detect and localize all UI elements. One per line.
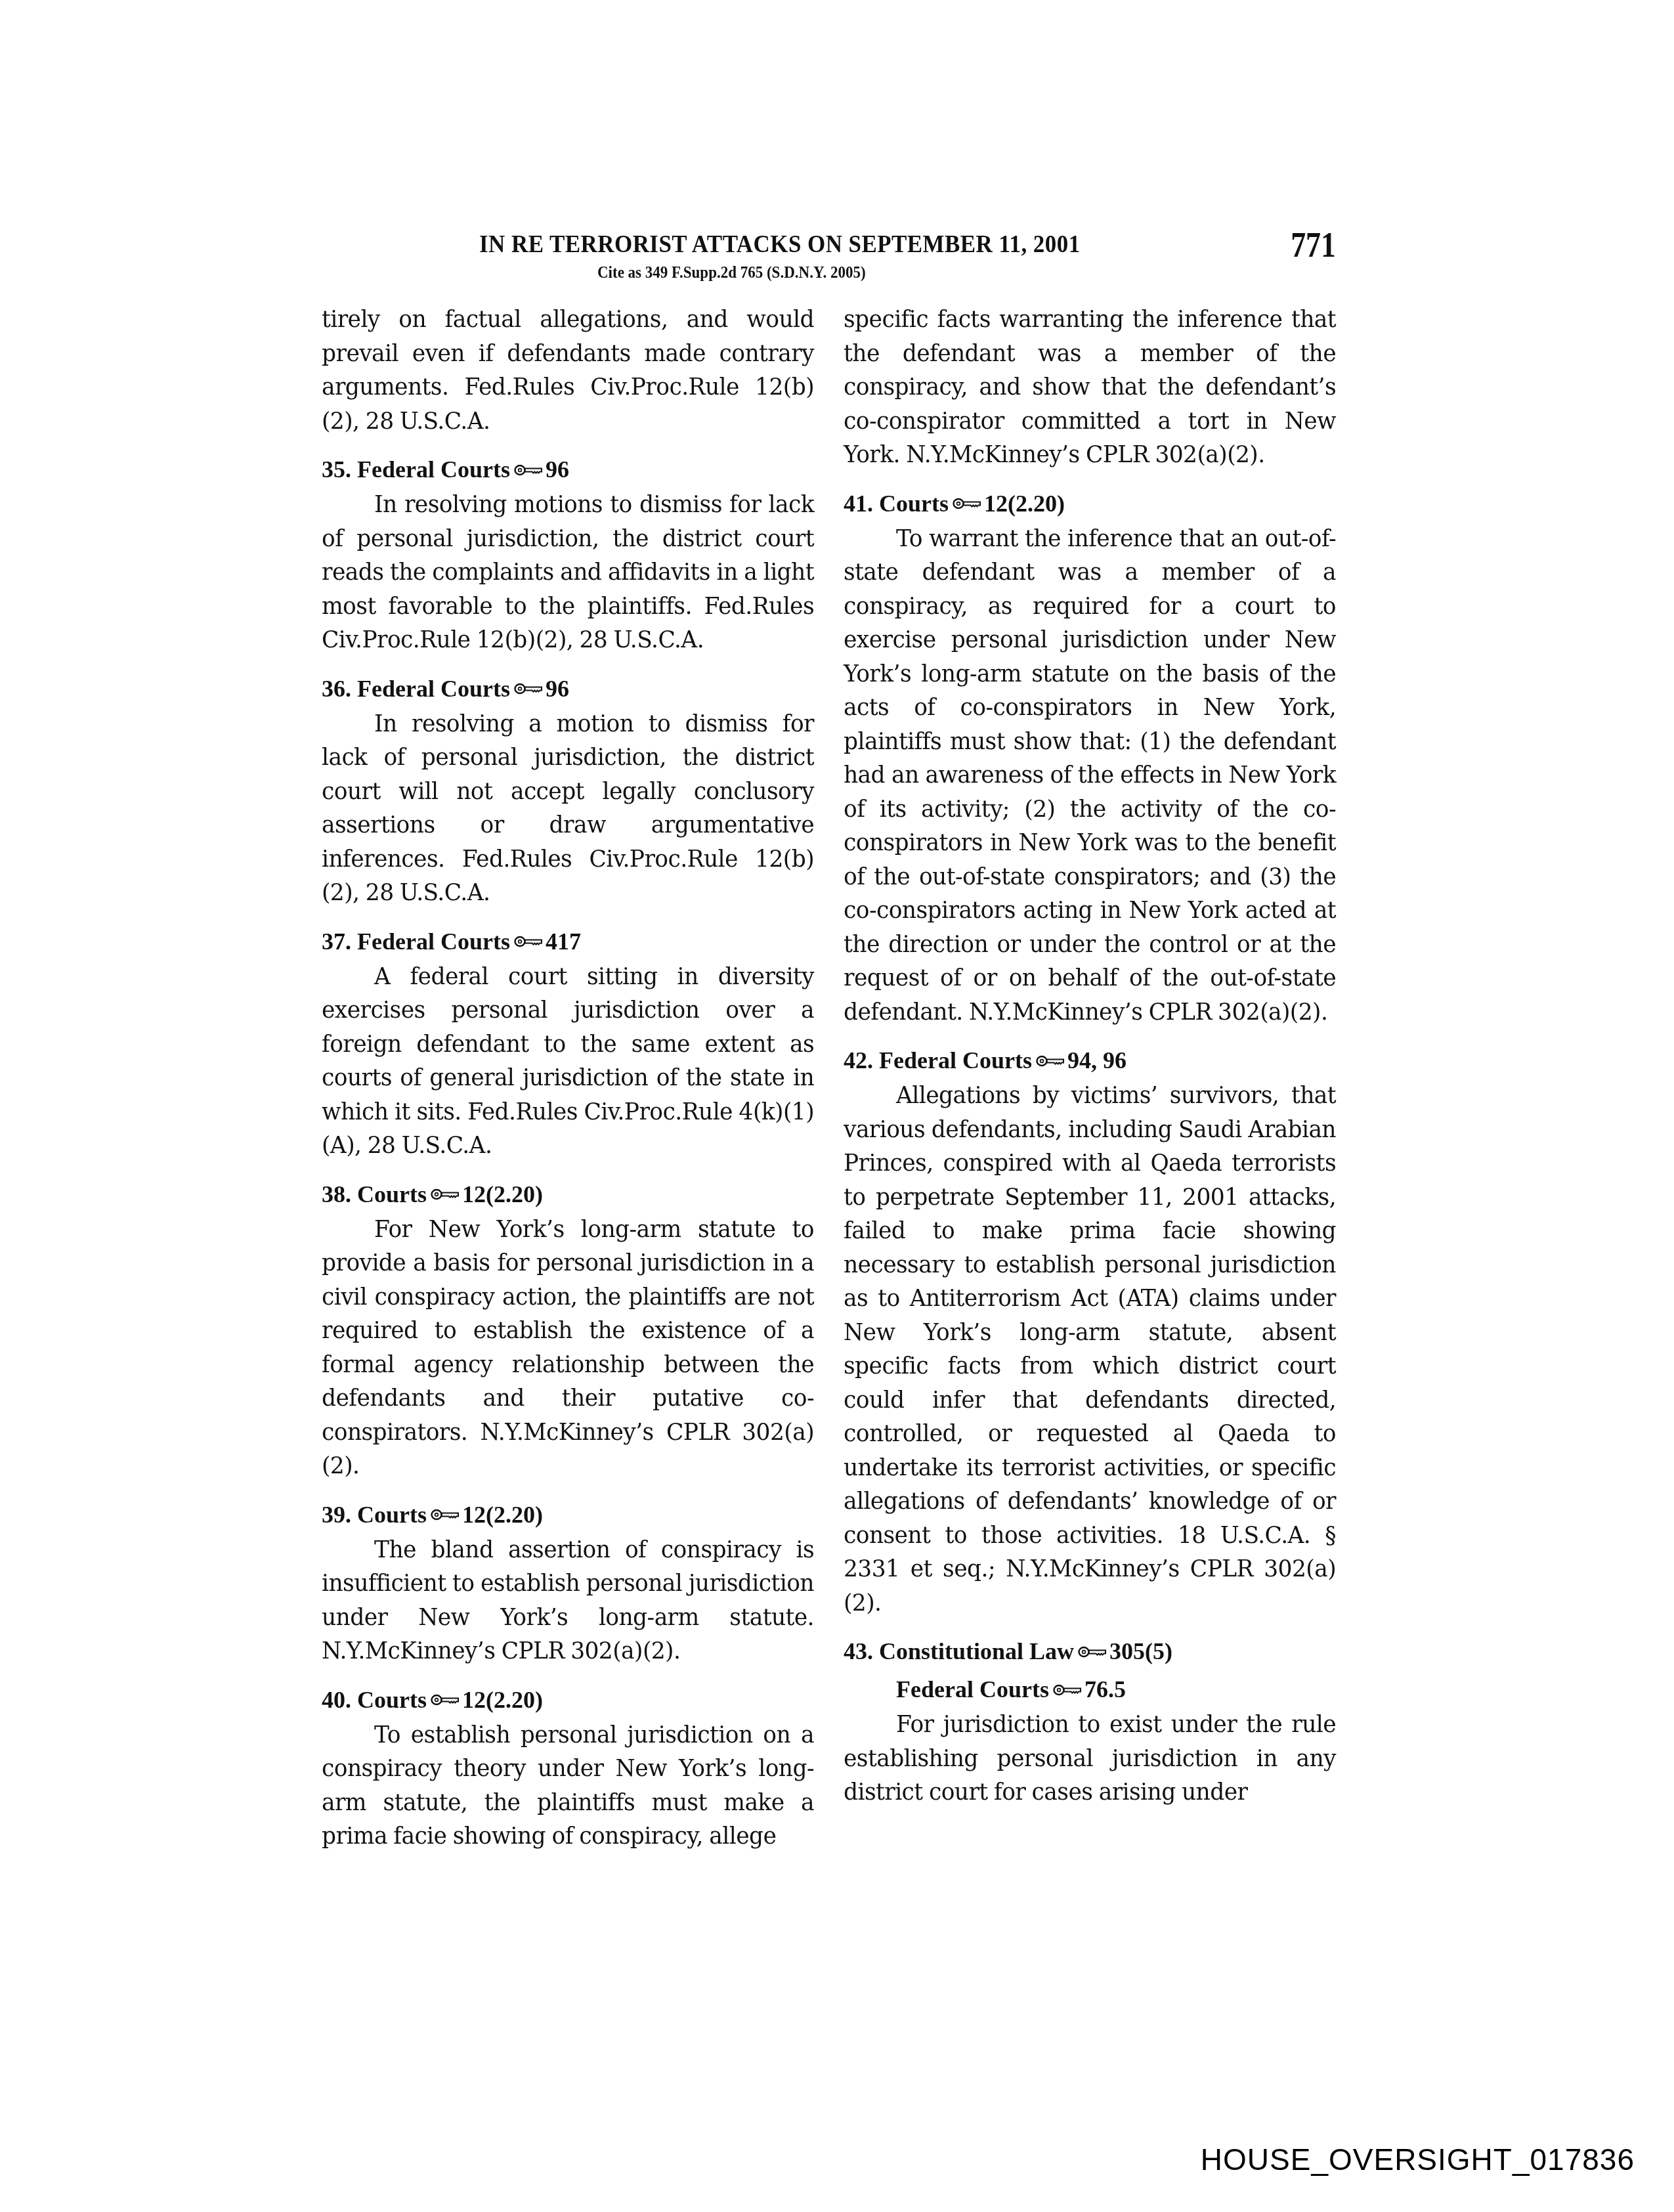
headnote-text: In resolving a motion to dismiss for lac… [322, 708, 814, 911]
headnote-36: 36. Federal Courts96 In resolving a moti… [322, 670, 814, 911]
headnote-heading: 35. Federal Courts96 [322, 450, 814, 488]
headnote-topic: Constitutional Law [879, 1638, 1074, 1664]
key-number: 12(2.20) [984, 490, 1065, 517]
headnote-topic: Courts [357, 1181, 427, 1207]
headnote-text: For jurisdiction to exist under the rule… [844, 1708, 1336, 1810]
key-number: 12(2.20) [462, 1502, 543, 1528]
headnote-39: 39. Courts12(2.20) The bland assertion o… [322, 1496, 814, 1669]
headnote-topic: Federal Courts [357, 676, 510, 702]
headnote-heading: 37. Federal Courts417 [322, 922, 814, 961]
headnote-topic: Federal Courts [879, 1047, 1032, 1073]
key-number-icon [431, 1508, 460, 1521]
headnote-heading: 40. Courts12(2.20) [322, 1681, 814, 1719]
headnote-heading: 42. Federal Courts94, 96 [844, 1041, 1336, 1079]
headnote-number: 42. [844, 1047, 873, 1073]
headnote-number: 39. [322, 1502, 351, 1528]
running-head: IN RE TERRORIST ATTACKS ON SEPTEMBER 11,… [322, 225, 1336, 297]
headnote-text: To warrant the inference that an out-of-… [844, 523, 1336, 1030]
headnote-40: 40. Courts12(2.20) To establish personal… [322, 1681, 814, 1854]
key-number-icon [514, 682, 543, 695]
headnote-text: To establish personal jurisdiction on a … [322, 1719, 814, 1854]
headnote-secondary-heading: Federal Courts76.5 [844, 1670, 1336, 1708]
key-number: 305(5) [1109, 1638, 1172, 1664]
headnote-number: 40. [322, 1687, 351, 1713]
document-page: IN RE TERRORIST ATTACKS ON SEPTEMBER 11,… [0, 0, 1674, 2212]
headnote-37: 37. Federal Courts417 A federal court si… [322, 922, 814, 1163]
key-number: 417 [546, 928, 581, 955]
headnote-topic: Federal Courts [896, 1676, 1049, 1702]
key-number-icon [431, 1188, 460, 1201]
right-column: specific facts warranting the inference … [844, 303, 1336, 1810]
key-number: 94, 96 [1067, 1047, 1127, 1073]
left-column: tirely on factual allegations, and would… [322, 303, 814, 1854]
key-number: 12(2.20) [462, 1687, 543, 1713]
headnote-topic: Courts [879, 490, 949, 517]
headnote-number: 43. [844, 1638, 873, 1664]
headnote-35: 35. Federal Courts96 In resolving motion… [322, 450, 814, 658]
key-number-icon [431, 1693, 460, 1706]
key-number: 96 [546, 456, 569, 483]
headnote-41: 41. Courts12(2.20) To warrant the infere… [844, 485, 1336, 1030]
key-number-icon [1036, 1054, 1065, 1068]
headnote-topic: Courts [357, 1502, 427, 1528]
key-number-icon [514, 464, 543, 477]
bates-stamp: HOUSE_OVERSIGHT_017836 [1201, 2142, 1635, 2177]
headnote-topic: Federal Courts [357, 928, 510, 955]
continuation-text: specific facts warranting the inference … [844, 303, 1336, 473]
key-number-icon [1078, 1645, 1107, 1659]
headnote-38: 38. Courts12(2.20) For New York’s long-a… [322, 1175, 814, 1484]
headnote-number: 35. [322, 456, 351, 483]
headnote-heading: 41. Courts12(2.20) [844, 485, 1336, 523]
case-citation: Cite as 349 F.Supp.2d 765 (S.D.N.Y. 2005… [597, 264, 866, 282]
key-number: 96 [546, 676, 569, 702]
page-number: 771 [1291, 225, 1336, 265]
headnote-text: The bland assertion of conspiracy is ins… [322, 1534, 814, 1669]
key-number-icon [514, 935, 543, 948]
headnote-43: 43. Constitutional Law305(5) Federal Cou… [844, 1632, 1336, 1810]
headnote-text: For New York’s long-arm statute to provi… [322, 1213, 814, 1484]
headnote-number: 38. [322, 1181, 351, 1207]
case-title: IN RE TERRORIST ATTACKS ON SEPTEMBER 11,… [479, 230, 1081, 259]
headnote-heading: 36. Federal Courts96 [322, 670, 814, 708]
headnote-number: 36. [322, 676, 351, 702]
continuation-text: tirely on factual allegations, and would… [322, 303, 814, 439]
headnote-42: 42. Federal Courts94, 96 Allegations by … [844, 1041, 1336, 1620]
headnote-topic: Courts [357, 1687, 427, 1713]
headnote-text: In resolving motions to dismiss for lack… [322, 488, 814, 658]
headnote-heading: 43. Constitutional Law305(5) Federal Cou… [844, 1632, 1336, 1708]
headnote-text: Allegations by victims’ survivors, that … [844, 1079, 1336, 1620]
key-number: 12(2.20) [462, 1181, 543, 1207]
headnote-heading: 38. Courts12(2.20) [322, 1175, 814, 1213]
key-number: 76.5 [1084, 1676, 1126, 1702]
headnote-text: A federal court sitting in diversity exe… [322, 961, 814, 1163]
key-number-icon [953, 497, 981, 510]
headnote-number: 37. [322, 928, 351, 955]
headnote-number: 41. [844, 490, 873, 517]
key-number-icon [1053, 1683, 1082, 1697]
headnote-topic: Federal Courts [357, 456, 510, 483]
headnote-heading: 39. Courts12(2.20) [322, 1496, 814, 1534]
